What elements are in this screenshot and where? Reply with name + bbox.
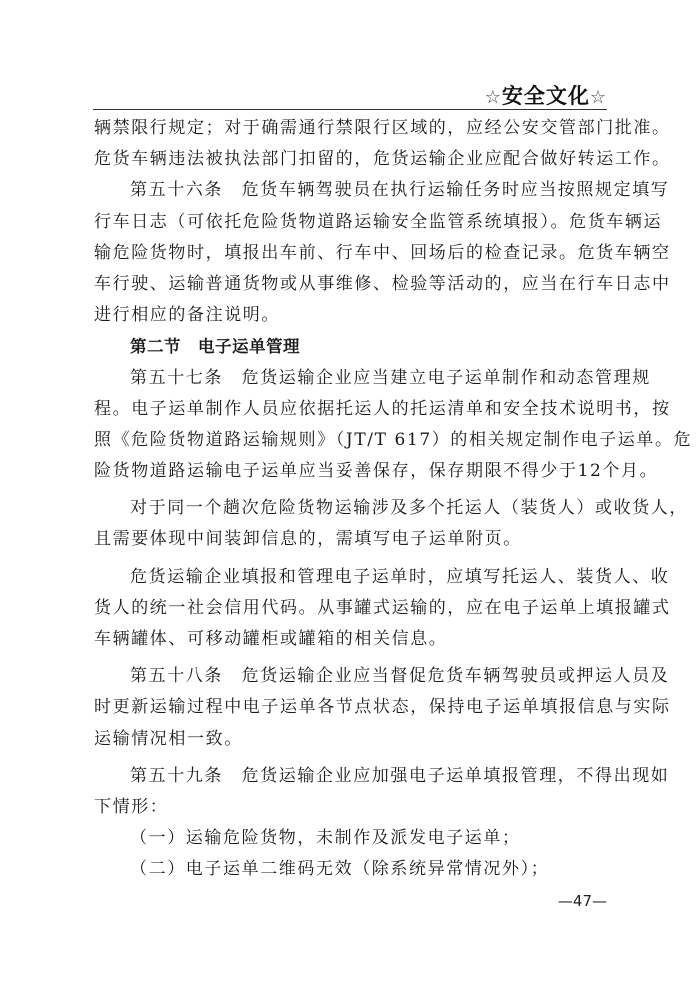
article-58-line: 第五十八条 危货运输企业应当督促危货车辆驾驶员或押运人员及 xyxy=(94,661,608,692)
header-divider xyxy=(93,109,607,110)
paragraph-line: 程。电子运单制作人员应依据托运人的托运清单和安全技术说明书，按 xyxy=(94,394,608,425)
running-header: ☆安全文化☆ xyxy=(485,80,607,110)
paragraph-line: 对于同一个趟次危险货物运输涉及多个托运人（装货人）或收货人， xyxy=(94,493,608,524)
page-body: 辆禁限行规定；对于确需通行禁限行区域的，应经公安交管部门批准。 危货车辆违法被执… xyxy=(94,113,608,886)
article-59-line: 第五十九条 危货运输企业应加强电子运单填报管理，不得出现如 xyxy=(94,761,608,792)
paragraph-line: 下情形： xyxy=(94,792,608,823)
paragraph-line: 运输情况相一致。 xyxy=(94,724,608,755)
article-57-line: 第五十七条 危货运输企业应当建立电子运单制作和动态管理规 xyxy=(94,363,608,394)
list-item: （二）电子运单二维码无效（除系统异常情况外）； xyxy=(94,854,608,885)
paragraph-line: 货人的统一社会信用代码。从事罐式运输的，应在电子运单上填报罐式 xyxy=(94,593,608,624)
star-icon: ☆ xyxy=(590,87,607,108)
paragraph-line: 车行驶、运输普通货物或从事维修、检验等活动的，应当在行车日志中 xyxy=(94,269,608,300)
paragraph-line: 行车日志（可依托危险货物道路运输安全监管系统填报）。危货车辆运 xyxy=(94,207,608,238)
list-item: （一）运输危险货物，未制作及派发电子运单； xyxy=(94,823,608,854)
section-heading: 第二节 电子运单管理 xyxy=(94,331,608,362)
header-title-text: 安全文化 xyxy=(502,84,590,108)
paragraph-line: 车辆罐体、可移动罐柜或罐箱的相关信息。 xyxy=(94,624,608,655)
paragraph-line: 危货运输企业填报和管理电子运单时，应填写托运人、装货人、收 xyxy=(94,562,608,593)
article-56-line: 第五十六条 危货车辆驾驶员在执行运输任务时应当按照规定填写 xyxy=(94,175,608,206)
paragraph-line: 时更新运输过程中电子运单各节点状态，保持电子运单填报信息与实际 xyxy=(94,692,608,723)
paragraph-line: 危货车辆违法被执法部门扣留的，危货运输企业应配合做好转运工作。 xyxy=(94,144,608,175)
page-number: —47— xyxy=(558,892,607,910)
paragraph-line: 输危险货物时，填报出车前、行车中、回场后的检查记录。危货车辆空 xyxy=(94,238,608,269)
paragraph-line: 且需要体现中间装卸信息的，需填写电子运单附页。 xyxy=(94,524,608,555)
paragraph-line: 辆禁限行规定；对于确需通行禁限行区域的，应经公安交管部门批准。 xyxy=(94,113,608,144)
paragraph-line: 照《危险货物道路运输规则》（JT/T 617）的相关规定制作电子运单。危 xyxy=(94,425,608,456)
paragraph-line: 进行相应的备注说明。 xyxy=(94,300,608,331)
star-icon: ☆ xyxy=(485,87,502,108)
paragraph-line: 险货物道路运输电子运单应当妥善保存，保存期限不得少于12个月。 xyxy=(94,456,608,487)
